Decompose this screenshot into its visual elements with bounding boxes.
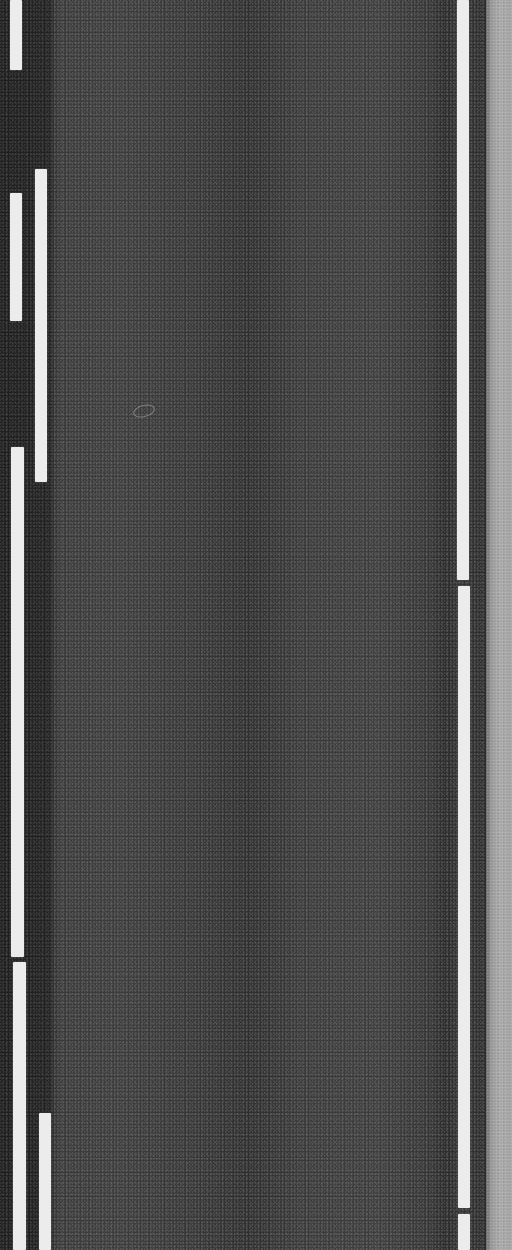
lane-marking-left-outer: [13, 962, 26, 1250]
lane-marking-right-edge: [458, 1214, 470, 1250]
verge-texture: [486, 0, 512, 1250]
lane-marking-left-outer: [11, 447, 24, 957]
lane-marking-left-outer: [10, 0, 22, 70]
aerial-road-scene: [0, 0, 512, 1250]
lane-marking-left-outer: [10, 193, 22, 321]
lane-marking-left-inner: [39, 1113, 51, 1250]
lane-marking-right-edge: [458, 586, 470, 1208]
lane-marking-left-inner: [35, 169, 47, 482]
asphalt-texture: [0, 0, 486, 1250]
lane-marking-right-edge: [457, 0, 469, 580]
